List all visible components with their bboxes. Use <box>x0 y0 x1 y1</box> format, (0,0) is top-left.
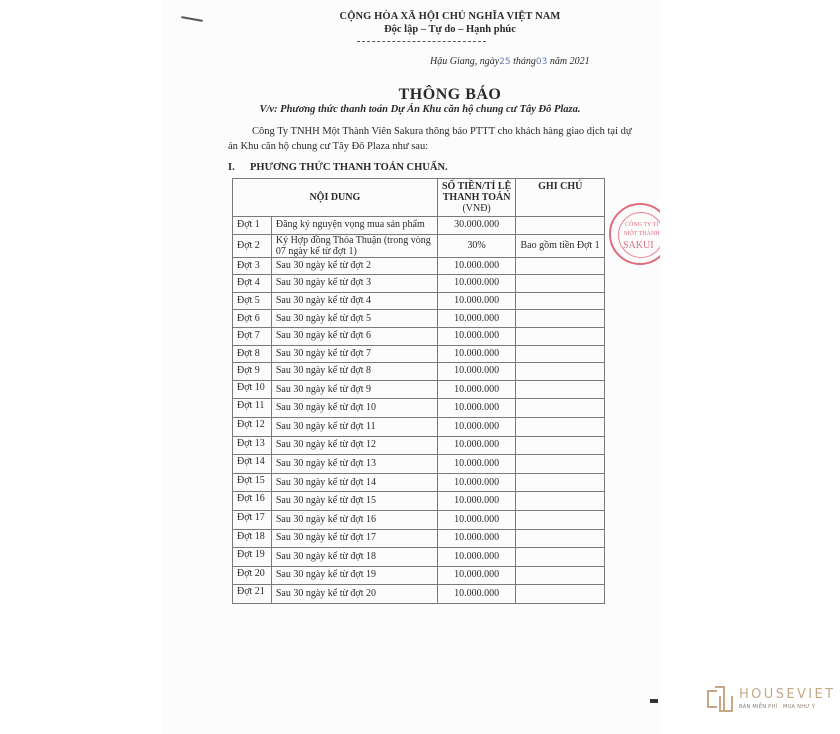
content-cell: Sau 30 ngày kể từ đợt 8 <box>271 363 437 381</box>
stamp-text-line1: CÔNG TY TI <box>625 222 658 228</box>
content-cell: Sau 30 ngày kể từ đợt 5 <box>271 310 437 328</box>
phase-cell: Đợt 20 <box>233 566 272 585</box>
note-cell <box>516 275 605 293</box>
content-cell: Sau 30 ngày kể từ đợt 2 <box>271 257 437 275</box>
note-cell <box>516 548 605 567</box>
phase-cell: Đợt 9 <box>233 363 272 381</box>
note-cell <box>516 417 605 436</box>
stamp-text-line3: SAKUI <box>623 240 654 251</box>
note-cell <box>516 257 605 275</box>
note-cell <box>516 529 605 548</box>
amount-cell: 10.000.000 <box>437 473 516 492</box>
phase-cell: Đợt 21 <box>233 585 272 604</box>
table-header-row: NỘI DUNG SỐ TIỀN/TỈ LỆ THANH TOÁN (VNĐ) … <box>233 179 605 217</box>
date-line: Hậu Giang, ngày25 tháng03 năm 2021 <box>430 56 590 67</box>
table-row: Đợt 14Sau 30 ngày kể từ đợt 1310.000.000 <box>233 455 605 474</box>
date-month-label: tháng <box>513 56 536 67</box>
content-cell: Sau 30 ngày kể từ đợt 3 <box>271 275 437 293</box>
phase-cell: Đợt 13 <box>233 436 272 455</box>
phase-cell: Đợt 8 <box>233 345 272 363</box>
intro-text-line2: án Khu căn hộ chung cư Tây Đô Plaza như … <box>228 141 428 152</box>
note-cell <box>516 566 605 585</box>
header-amount-line3: (VNĐ) <box>462 203 490 214</box>
divider <box>357 41 486 42</box>
document-subtitle: V/v: Phương thức thanh toán Dự Án Khu că… <box>220 104 620 115</box>
content-cell: Sau 30 ngày kể từ đợt 7 <box>271 345 437 363</box>
content-cell: Ký Hợp đồng Thỏa Thuận (trong vòng 07 ng… <box>271 234 437 257</box>
note-cell <box>516 345 605 363</box>
note-cell <box>516 585 605 604</box>
stamp-text-line2: MỘT THÀNH <box>624 231 660 237</box>
table-row: Đợt 5Sau 30 ngày kể từ đợt 410.000.000 <box>233 292 605 310</box>
table-row: Đợt 16Sau 30 ngày kể từ đợt 1510.000.000 <box>233 492 605 511</box>
document-title: THÔNG BÁO <box>280 86 620 104</box>
phase-cell: Đợt 3 <box>233 257 272 275</box>
content-cell: Sau 30 ngày kể từ đợt 16 <box>271 510 437 529</box>
table-row: Đợt 8Sau 30 ngày kể từ đợt 710.000.000 <box>233 345 605 363</box>
content-cell: Sau 30 ngày kể từ đợt 11 <box>271 417 437 436</box>
note-cell <box>516 380 605 399</box>
note-cell <box>516 292 605 310</box>
table-row: Đợt 2Ký Hợp đồng Thỏa Thuận (trong vòng … <box>233 234 605 257</box>
date-month: 03 <box>536 57 547 67</box>
phase-cell: Đợt 19 <box>233 548 272 567</box>
note-cell <box>516 473 605 492</box>
phase-cell: Đợt 16 <box>233 492 272 511</box>
houseviet-watermark: HOUSEVIET BÁN MIỄN PHÍ · MUA NHƯ Ý <box>705 684 835 714</box>
amount-cell: 10.000.000 <box>437 292 516 310</box>
amount-cell: 10.000.000 <box>437 310 516 328</box>
phase-cell: Đợt 17 <box>233 510 272 529</box>
amount-cell: 10.000.000 <box>437 417 516 436</box>
houseviet-logo-icon <box>705 684 735 714</box>
content-cell: Sau 30 ngày kể từ đợt 19 <box>271 566 437 585</box>
phase-cell: Đợt 15 <box>233 473 272 492</box>
section-title: PHƯƠNG THỨC THANH TOÁN CHUẨN. <box>250 162 448 173</box>
national-motto: Độc lập – Tự do – Hạnh phúc <box>280 24 620 35</box>
header-content: NỘI DUNG <box>233 179 438 217</box>
amount-cell: 10.000.000 <box>437 327 516 345</box>
table-row: Đợt 3Sau 30 ngày kể từ đợt 210.000.000 <box>233 257 605 275</box>
table-row: Đợt 10Sau 30 ngày kể từ đợt 910.000.000 <box>233 380 605 399</box>
header-amount: SỐ TIỀN/TỈ LỆ THANH TOÁN (VNĐ) <box>437 179 516 217</box>
amount-cell: 10.000.000 <box>437 510 516 529</box>
amount-cell: 10.000.000 <box>437 548 516 567</box>
table-row: Đợt 18Sau 30 ngày kể từ đợt 1710.000.000 <box>233 529 605 548</box>
amount-cell: 10.000.000 <box>437 363 516 381</box>
table-row: Đợt 11Sau 30 ngày kể từ đợt 1010.000.000 <box>233 399 605 418</box>
amount-cell: 10.000.000 <box>437 492 516 511</box>
note-cell <box>516 327 605 345</box>
amount-cell: 10.000.000 <box>437 399 516 418</box>
watermark-tagline: BÁN MIỄN PHÍ · MUA NHƯ Ý <box>739 704 835 710</box>
note-cell: Bao gồm tiền Đợt 1 <box>516 234 605 257</box>
section-number: I. <box>228 162 250 173</box>
national-title: CỘNG HÒA XÃ HỘI CHỦ NGHĨA VIỆT NAM <box>280 11 620 22</box>
content-cell: Sau 30 ngày kể từ đợt 6 <box>271 327 437 345</box>
phase-cell: Đợt 14 <box>233 455 272 474</box>
table-row: Đợt 12Sau 30 ngày kể từ đợt 1110.000.000 <box>233 417 605 436</box>
date-place: Hậu Giang, ngày <box>430 56 499 67</box>
content-cell: Sau 30 ngày kể từ đợt 10 <box>271 399 437 418</box>
content-cell: Sau 30 ngày kể từ đợt 9 <box>271 380 437 399</box>
table-row: Đợt 21Sau 30 ngày kể từ đợt 2010.000.000 <box>233 585 605 604</box>
table-row: Đợt 15Sau 30 ngày kể từ đợt 1410.000.000 <box>233 473 605 492</box>
phase-cell: Đợt 2 <box>233 234 272 257</box>
table-row: Đợt 19Sau 30 ngày kể từ đợt 1810.000.000 <box>233 548 605 567</box>
amount-cell: 10.000.000 <box>437 585 516 604</box>
phase-cell: Đợt 7 <box>233 327 272 345</box>
table-row: Đợt 7Sau 30 ngày kể từ đợt 610.000.000 <box>233 327 605 345</box>
content-cell: Sau 30 ngày kể từ đợt 13 <box>271 455 437 474</box>
date-day: 25 <box>499 57 510 67</box>
amount-cell: 10.000.000 <box>437 566 516 585</box>
table-row: Đợt 1Đăng ký nguyện vọng mua sản phẩm30.… <box>233 217 605 235</box>
table-row: Đợt 9Sau 30 ngày kể từ đợt 810.000.000 <box>233 363 605 381</box>
content-cell: Đăng ký nguyện vọng mua sản phẩm <box>271 217 437 235</box>
amount-cell: 10.000.000 <box>437 380 516 399</box>
amount-cell: 10.000.000 <box>437 455 516 474</box>
note-cell <box>516 310 605 328</box>
phase-cell: Đợt 1 <box>233 217 272 235</box>
note-cell <box>516 363 605 381</box>
note-cell <box>516 399 605 418</box>
amount-cell: 30% <box>437 234 516 257</box>
amount-cell: 10.000.000 <box>437 257 516 275</box>
table-body: Đợt 1Đăng ký nguyện vọng mua sản phẩm30.… <box>233 217 605 604</box>
table-row: Đợt 6Sau 30 ngày kể từ đợt 510.000.000 <box>233 310 605 328</box>
note-cell <box>516 436 605 455</box>
note-cell <box>516 455 605 474</box>
content-cell: Sau 30 ngày kể từ đợt 17 <box>271 529 437 548</box>
section-heading: I.PHƯƠNG THỨC THANH TOÁN CHUẨN. <box>228 162 448 173</box>
amount-cell: 10.000.000 <box>437 345 516 363</box>
header-amount-line2: THANH TOÁN <box>443 192 511 203</box>
phase-cell: Đợt 18 <box>233 529 272 548</box>
phase-cell: Đợt 10 <box>233 380 272 399</box>
table-row: Đợt 4Sau 30 ngày kể từ đợt 310.000.000 <box>233 275 605 293</box>
payment-schedule-table: NỘI DUNG SỐ TIỀN/TỈ LỆ THANH TOÁN (VNĐ) … <box>232 178 605 604</box>
header-amount-line1: SỐ TIỀN/TỈ LỆ <box>442 181 511 192</box>
amount-cell: 10.000.000 <box>437 436 516 455</box>
table-row: Đợt 17Sau 30 ngày kể từ đợt 1610.000.000 <box>233 510 605 529</box>
phase-cell: Đợt 5 <box>233 292 272 310</box>
phase-cell: Đợt 6 <box>233 310 272 328</box>
table-row: Đợt 20Sau 30 ngày kể từ đợt 1910.000.000 <box>233 566 605 585</box>
page-edge-mask <box>660 190 690 280</box>
amount-cell: 30.000.000 <box>437 217 516 235</box>
content-cell: Sau 30 ngày kể từ đợt 14 <box>271 473 437 492</box>
phase-cell: Đợt 11 <box>233 399 272 418</box>
intro-text-line1: Công Ty TNHH Một Thành Viên Sakura thông… <box>252 126 632 137</box>
content-cell: Sau 30 ngày kể từ đợt 15 <box>271 492 437 511</box>
phase-cell: Đợt 4 <box>233 275 272 293</box>
content-cell: Sau 30 ngày kể từ đợt 18 <box>271 548 437 567</box>
amount-cell: 10.000.000 <box>437 529 516 548</box>
note-cell <box>516 492 605 511</box>
content-cell: Sau 30 ngày kể từ đợt 4 <box>271 292 437 310</box>
scan-speck <box>650 699 658 703</box>
phase-cell: Đợt 12 <box>233 417 272 436</box>
note-cell <box>516 510 605 529</box>
table-row: Đợt 13Sau 30 ngày kể từ đợt 1210.000.000 <box>233 436 605 455</box>
content-cell: Sau 30 ngày kể từ đợt 12 <box>271 436 437 455</box>
header-note: GHI CHÚ <box>516 179 605 217</box>
content-cell: Sau 30 ngày kể từ đợt 20 <box>271 585 437 604</box>
date-year: năm 2021 <box>550 56 590 67</box>
amount-cell: 10.000.000 <box>437 275 516 293</box>
watermark-brand: HOUSEVIET <box>739 688 835 702</box>
note-cell <box>516 217 605 235</box>
